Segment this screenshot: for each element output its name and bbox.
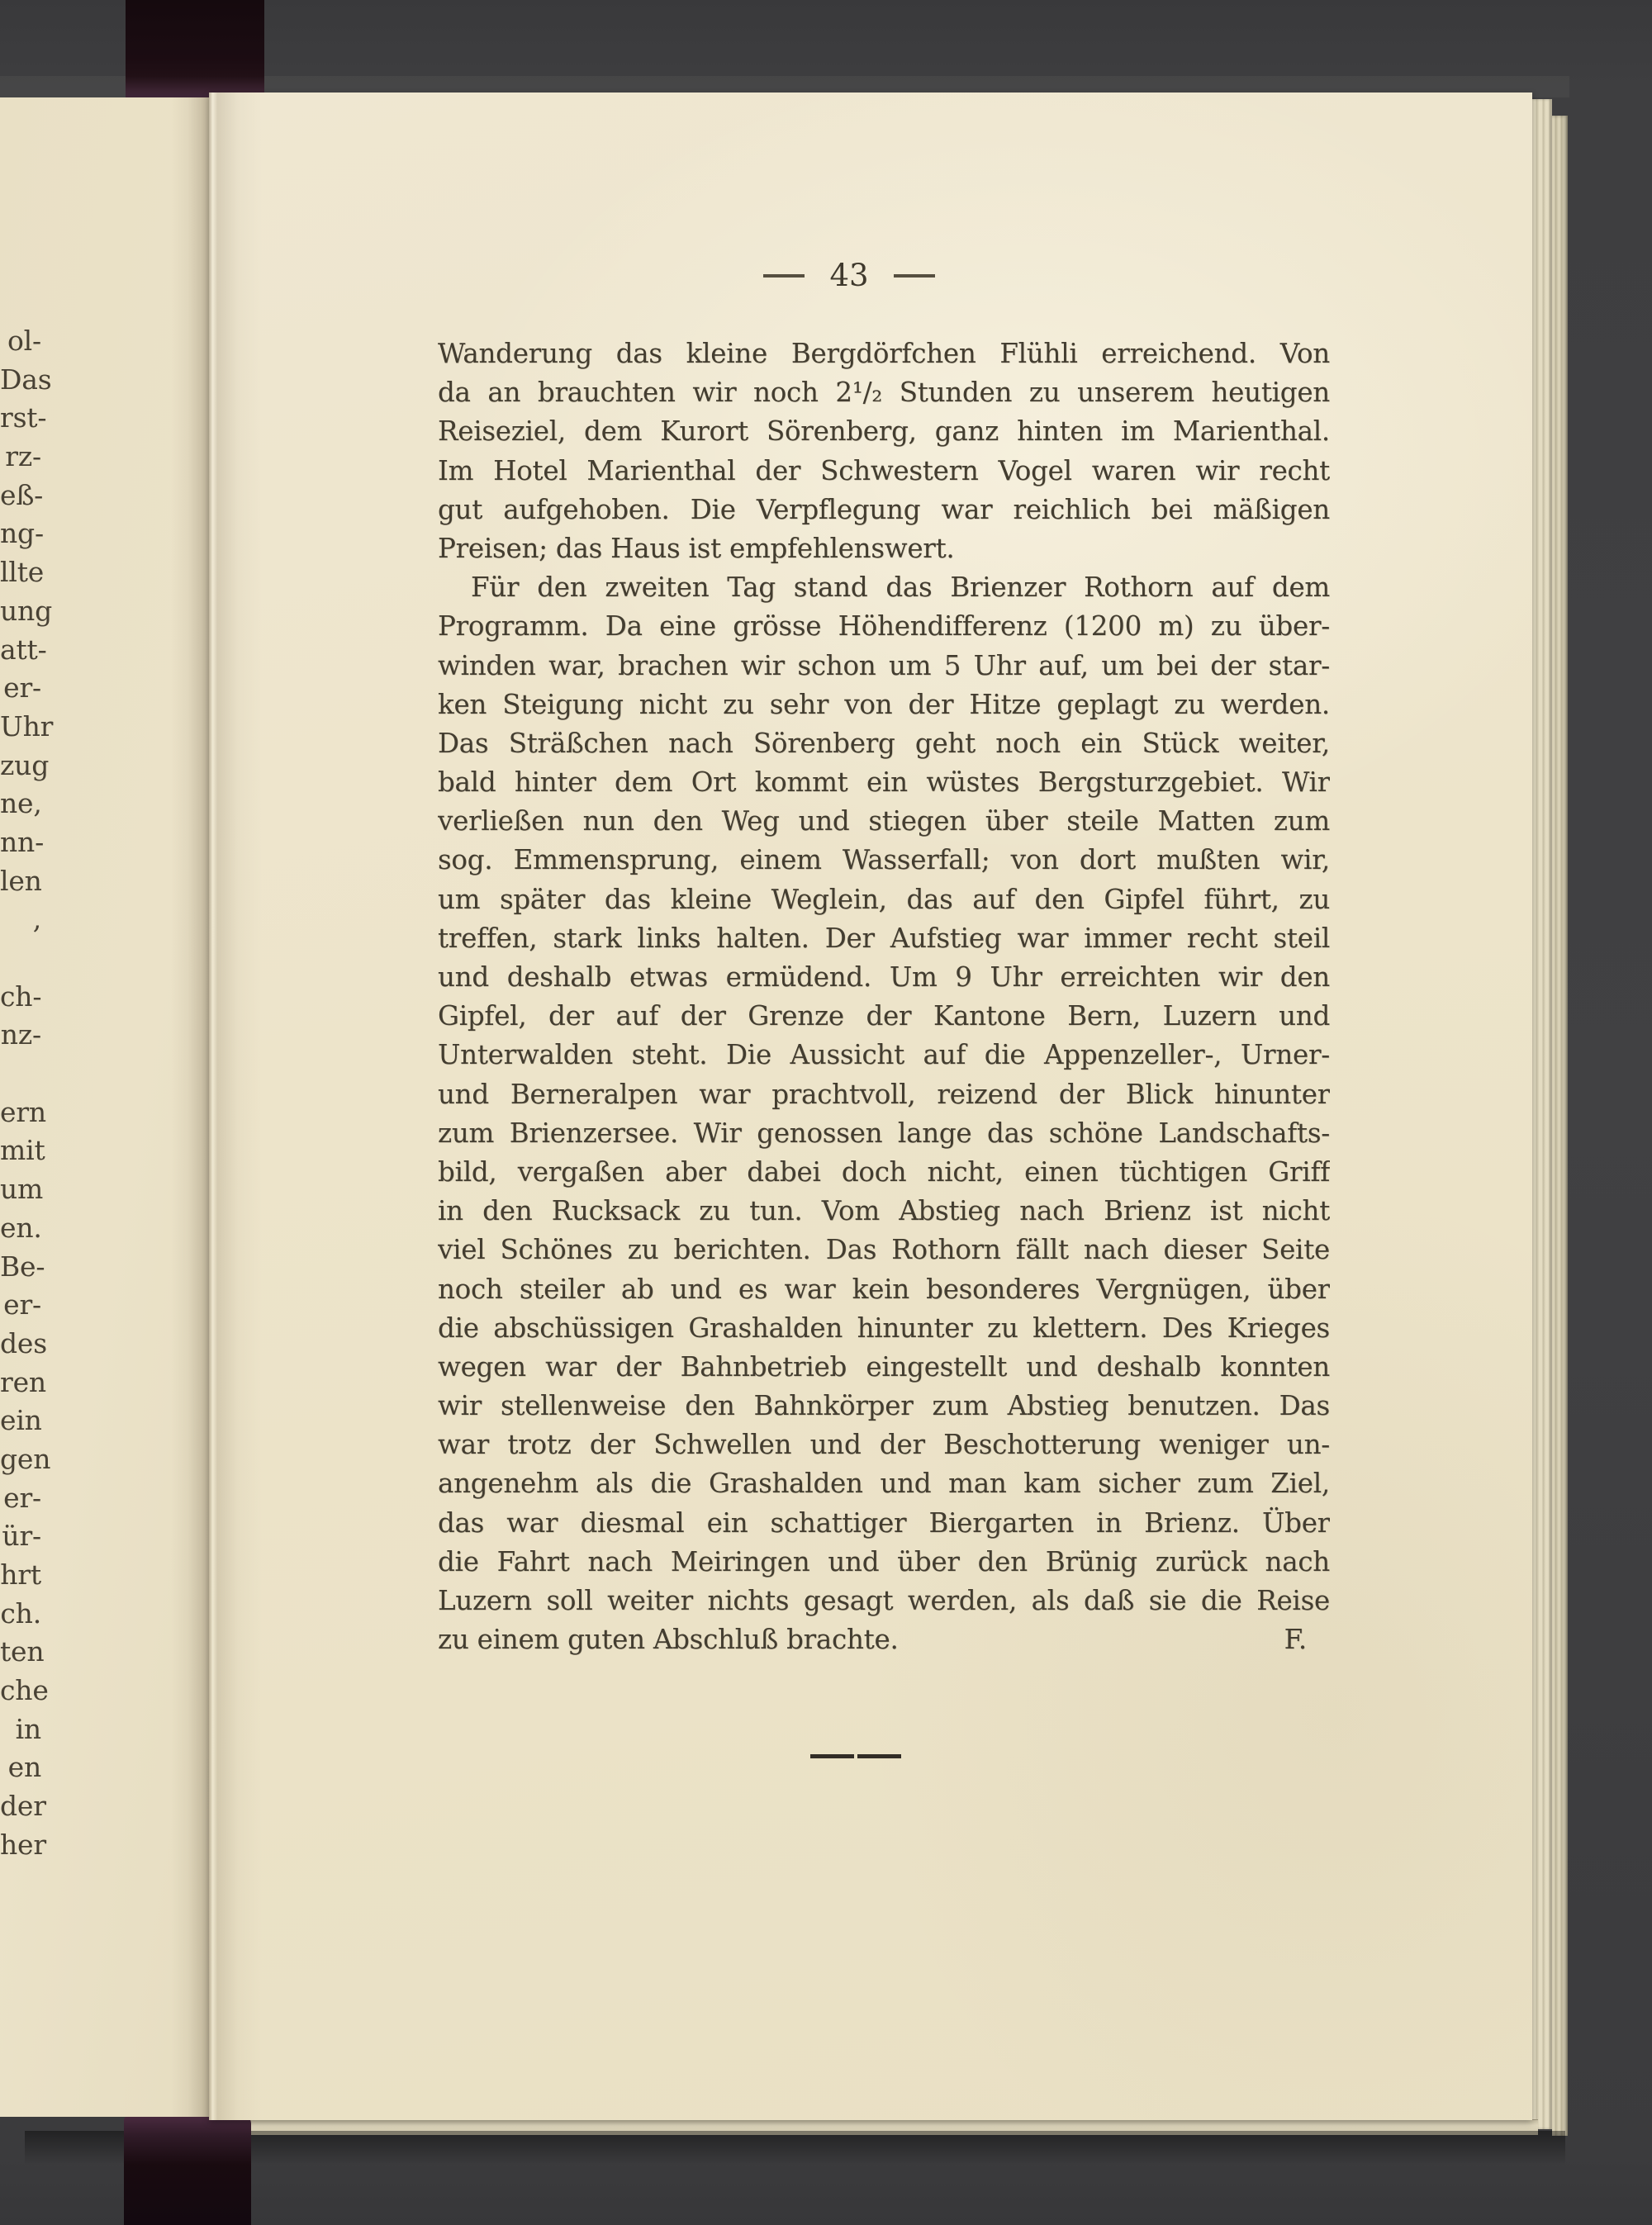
left-page-fragments: ol-Dasrst-rz-eß-ng-llteungatt-er-Uhrzugn… [0, 322, 41, 1865]
left-page-fragment: rst- [0, 399, 41, 438]
left-page-fragment: zug [0, 747, 41, 785]
left-page-fragment: att- [0, 631, 41, 670]
left-page-fragment: eß- [0, 477, 41, 515]
text-line: viel Schönes zu berichten. Das Rothorn f… [438, 1231, 1330, 1269]
text-line: bild, vergaßen aber dabei doch nicht, ei… [438, 1153, 1330, 1192]
left-page-fragment: llte [0, 553, 41, 592]
text-line: wir stellenweise den Bahnkörper zum Abst… [438, 1387, 1330, 1426]
scanner-backdrop: ol-Dasrst-rz-eß-ng-llteungatt-er-Uhrzugn… [0, 0, 1652, 2225]
page-stack-edge-right-outer [1552, 116, 1568, 2136]
left-page-fragment: en [0, 1748, 41, 1787]
left-page-fragment: len [0, 862, 41, 901]
left-page-fragment: che [0, 1672, 41, 1710]
text-line: und deshalb etwas ermüdend. Um 9 Uhr err… [438, 958, 1330, 997]
left-page-fragment: des [0, 1325, 41, 1364]
left-page-fragment: ch. [0, 1595, 41, 1634]
text-line: zu einem guten Abschluß brachte.F. [438, 1620, 1330, 1659]
left-page-fragment: en. [0, 1209, 41, 1248]
text-line: Luzern soll weiter nichts gesagt werden,… [438, 1582, 1330, 1620]
left-page-fragment: ren [0, 1364, 41, 1402]
text-line: ken Steigung nicht zu sehr von der Hitze… [438, 686, 1330, 724]
text-line: verließen nun den Weg und stiegen über s… [438, 802, 1330, 841]
left-page-fragment: ch- [0, 978, 41, 1017]
left-page-fragment: Be- [0, 1248, 41, 1287]
left-page-fragment: ten [0, 1633, 41, 1672]
text-line: in den Rucksack zu tun. Vom Abstieg nach… [438, 1192, 1330, 1231]
left-page-fragment: Das [0, 361, 41, 400]
text-line: noch steiler ab und es war kein besonder… [438, 1270, 1330, 1309]
paragraph: Wanderung das kleine Bergdörfchen Flühli… [438, 334, 1330, 568]
text-line: Wanderung das kleine Bergdörfchen Flühli… [438, 334, 1330, 373]
text-line: angenehm als die Grashalden und man kam … [438, 1464, 1330, 1503]
text-line: Im Hotel Marienthal der Schwestern Vogel… [438, 452, 1330, 491]
text-line: um später das kleine Weglein, das auf de… [438, 880, 1330, 919]
left-page-fragment: in [0, 1710, 41, 1749]
text-line: zum Brienzersee. Wir genossen lange das … [438, 1114, 1330, 1153]
left-page-fragment: ne, [0, 785, 41, 823]
text-line: da an brauchten wir noch 2¹/₂ Stunden zu… [438, 373, 1330, 412]
left-page-fragment: ung [0, 592, 41, 631]
left-page-fragment: er- [0, 1286, 41, 1325]
book-spine-top [126, 0, 264, 106]
left-page-fragment: um [0, 1170, 41, 1209]
text-line: Gipfel, der auf der Grenze der Kantone B… [438, 997, 1330, 1036]
left-page-fragment: ein [0, 1402, 41, 1440]
left-page-fragment [0, 1055, 41, 1094]
left-page-fragment: ol- [0, 322, 41, 361]
text-line: Unterwalden steht. Die Aussicht auf die … [438, 1036, 1330, 1075]
body-text: Wanderung das kleine Bergdörfchen Flühli… [438, 334, 1330, 1659]
page-stack-edge-right [1532, 99, 1552, 2129]
page-number: 43 [829, 258, 868, 294]
header-dash-right-icon [894, 274, 935, 278]
book-shadow [25, 2131, 1565, 2166]
author-signature: F. [1284, 1620, 1307, 1659]
text-line: und Berneralpen war prachtvoll, reizend … [438, 1075, 1330, 1114]
text-line: gut aufgehoben. Die Verpflegung war reic… [438, 491, 1330, 529]
left-page-fragment: mit [0, 1131, 41, 1170]
book-page: 43 Wanderung das kleine Bergdörfchen Flü… [209, 93, 1532, 2120]
text-line: sog. Emmensprung, einem Wasserfall; von … [438, 841, 1330, 880]
left-page-fragment: der [0, 1787, 41, 1826]
text-line: treffen, stark links halten. Der Aufstie… [438, 919, 1330, 958]
left-page-fragment: , [0, 900, 41, 939]
left-page-fragment: ng- [0, 515, 41, 553]
left-page-fragment: hrt [0, 1556, 41, 1595]
left-page-fragment: Uhr [0, 708, 41, 747]
text-line: Preisen; das Haus ist empfehlenswert. [438, 529, 1330, 568]
left-page-fragment: gen [0, 1440, 41, 1479]
header-dash-left-icon [763, 274, 805, 278]
left-page-fragment [0, 939, 41, 978]
text-line: war trotz der Schwellen und der Beschott… [438, 1426, 1330, 1464]
left-page-fragment: er- [0, 1479, 41, 1518]
left-page-fragment: ern [0, 1094, 41, 1132]
end-divider [410, 1754, 1302, 1758]
left-page-fragment: her [0, 1826, 41, 1865]
divider-dash-icon [810, 1754, 854, 1758]
text-line: Für den zweiten Tag stand das Brienzer R… [438, 568, 1330, 607]
divider-dash-icon [857, 1754, 901, 1758]
text-line: die Fahrt nach Meiringen und über den Br… [438, 1543, 1330, 1582]
book-spine-bottom [124, 2116, 251, 2225]
left-page-fragment: nz- [0, 1016, 41, 1055]
left-page-sliver: ol-Dasrst-rz-eß-ng-llteungatt-er-Uhrzugn… [0, 97, 209, 2117]
left-page-fragment: ür- [0, 1517, 41, 1556]
left-page-fragment: rz- [0, 438, 41, 477]
text-line: das war diesmal ein schattiger Biergarte… [438, 1504, 1330, 1543]
text-line: die abschüssigen Grashalden hinunter zu … [438, 1309, 1330, 1348]
paragraph: Für den zweiten Tag stand das Brienzer R… [438, 568, 1330, 1659]
text-line: bald hinter dem Ort kommt ein wüstes Ber… [438, 763, 1330, 802]
left-page-fragment: er- [0, 669, 41, 708]
left-page-fragment: nn- [0, 823, 41, 862]
text-line: Reiseziel, dem Kurort Sörenberg, ganz hi… [438, 412, 1330, 451]
text-line: Programm. Da eine grösse Höhendifferenz … [438, 607, 1330, 646]
text-line: Das Sträßchen nach Sörenberg geht noch e… [438, 724, 1330, 763]
text-line: winden war, brachen wir schon um 5 Uhr a… [438, 647, 1330, 686]
page-number-header: 43 [403, 258, 1295, 294]
text-line: wegen war der Bahnbetrieb eingestellt un… [438, 1348, 1330, 1387]
